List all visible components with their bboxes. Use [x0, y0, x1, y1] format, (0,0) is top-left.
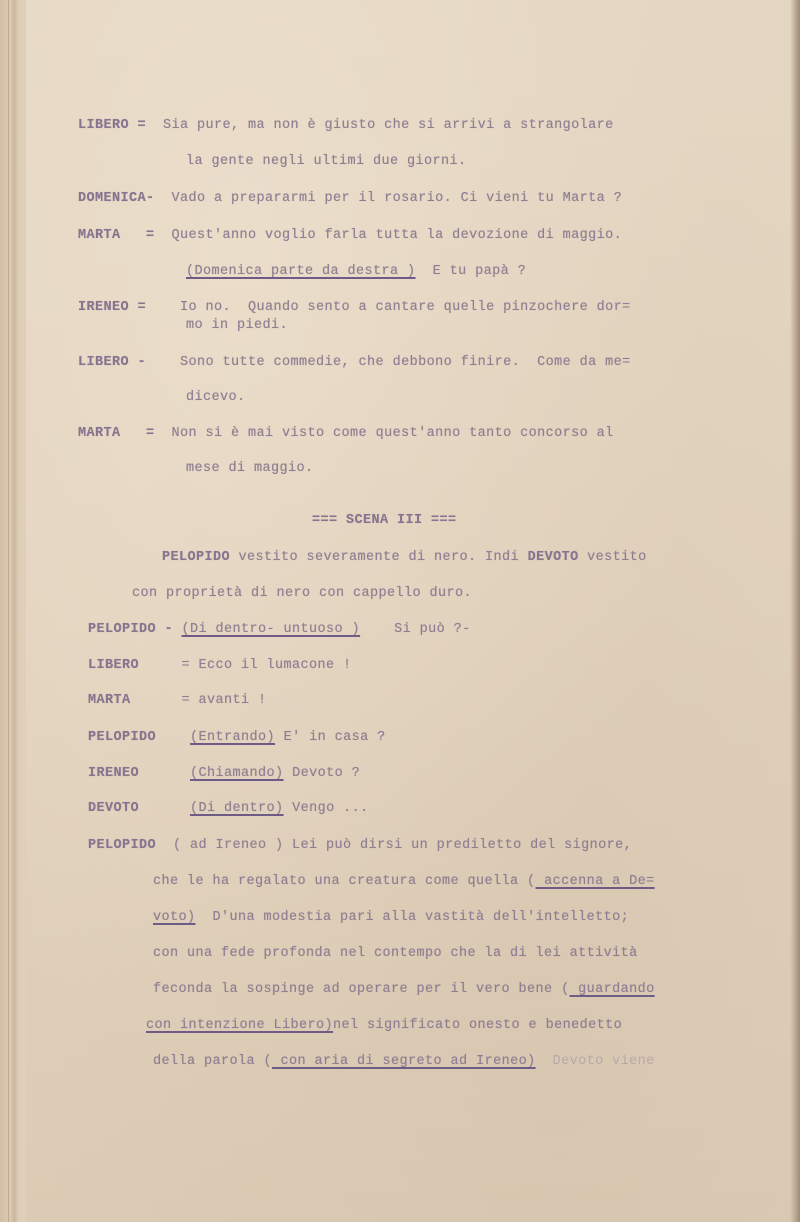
line-libero-1: LIBERO = Sia pure, ma non è giusto che s…	[78, 118, 614, 133]
dialogue-text: ( ad Ireneo ) Lei può dirsi un predilett…	[173, 838, 632, 853]
line-ireneo-2: IRENEO (Chiamando) Devoto ?	[88, 766, 360, 781]
speaker-name: IRENEO =	[78, 300, 146, 315]
line-marta-1: MARTA = Quest'anno voglio farla tutta la…	[78, 228, 622, 243]
dialogue-text: feconda la sospinge ad operare per il ve…	[153, 982, 570, 997]
page-edge-shadow	[790, 0, 800, 1222]
character-name: PELOPIDO	[162, 550, 230, 565]
line-pelopido-3: PELOPIDO ( ad Ireneo ) Lei può dirsi un …	[88, 838, 632, 853]
dialogue-text: della parola (	[153, 1054, 272, 1069]
line-pelopido-3c: voto) D'una modestia pari alla vastità d…	[153, 910, 629, 925]
line-libero-4: LIBERO = Ecco il lumacone !	[88, 658, 352, 673]
line-marta-2: MARTA = Non si è mai visto come quest'an…	[78, 426, 614, 441]
line-pelopido-3b: che le ha regalato una creatura come que…	[153, 874, 655, 889]
line-pelopido-1: PELOPIDO - (Di dentro- untuoso ) Si può …	[88, 622, 471, 637]
dialogue-text: Sono tutte commedie, che debbono finire.…	[180, 355, 631, 370]
dialogue-text: nel significato onesto e benedetto	[333, 1018, 622, 1033]
speaker-name: DOMENICA-	[78, 191, 155, 206]
dialogue-text: dicevo.	[186, 390, 246, 405]
stage-text: vestito	[579, 550, 647, 565]
stage-direction: voto)	[153, 910, 196, 925]
faded-text: Devoto viene	[536, 1054, 655, 1069]
dialogue-text: la gente negli ultimi due giorni.	[186, 154, 467, 169]
stage-direction: con aria di segreto ad Ireneo)	[272, 1054, 536, 1069]
binding-edge	[0, 0, 26, 1222]
speaker-name: DEVOTO	[88, 801, 139, 816]
dialogue-text: E' in casa ?	[284, 730, 386, 745]
speaker-name: LIBERO =	[78, 118, 146, 133]
paper-page: LIBERO = Sia pure, ma non è giusto che s…	[0, 0, 800, 1222]
dialogue-text: che le ha regalato una creatura come que…	[153, 874, 536, 889]
scene-heading: === SCENA III ===	[312, 513, 457, 528]
stage-text: con proprietà di nero con cappello duro.	[132, 586, 472, 601]
stage-direction: (Di dentro- untuoso )	[182, 622, 361, 637]
speaker-name: PELOPIDO	[88, 730, 156, 745]
line-devoto-1: DEVOTO (Di dentro) Vengo ...	[88, 801, 369, 816]
speaker-name: LIBERO	[88, 658, 139, 673]
line-libero-3: LIBERO - Sono tutte commedie, che debbon…	[78, 355, 631, 370]
stage-direction-line-2: con proprietà di nero con cappello duro.	[132, 586, 472, 601]
dialogue-text: mo in piedi.	[186, 318, 288, 333]
speaker-name: PELOPIDO -	[88, 622, 173, 637]
dialogue-text: Io no. Quando sento a cantare quelle pin…	[180, 300, 631, 315]
dialogue-text: Quest'anno voglio farla tutta la devozio…	[172, 228, 623, 243]
scene-title: === SCENA III ===	[312, 513, 457, 528]
dialogue-text: Sia pure, ma non è giusto che si arrivi …	[163, 118, 614, 133]
dialogue-text: Devoto ?	[292, 766, 360, 781]
line-pelopido-2: PELOPIDO (Entrando) E' in casa ?	[88, 730, 386, 745]
line-libero-3b: dicevo.	[186, 390, 246, 405]
stage-direction-line-1: PELOPIDO vestito severamente di nero. In…	[162, 550, 647, 565]
dialogue-text: Si può ?-	[394, 622, 471, 637]
dialogue-text: Non si è mai visto come quest'anno tanto…	[172, 426, 614, 441]
line-libero-2: la gente negli ultimi due giorni.	[186, 154, 467, 169]
dialogue-text: = Ecco il lumacone !	[182, 658, 352, 673]
line-marta-3: MARTA = avanti !	[88, 693, 267, 708]
stage-direction: accenna a De=	[536, 874, 655, 889]
line-pelopido-3d: con una fede profonda nel contempo che l…	[153, 946, 638, 961]
stage-direction: (Entrando)	[190, 730, 275, 745]
line-domenica: DOMENICA- Vado a prepararmi per il rosar…	[78, 191, 622, 206]
dialogue-text: mese di maggio.	[186, 461, 314, 476]
speaker-name: MARTA =	[78, 426, 155, 441]
line-pelopido-3f: con intenzione Libero)nel significato on…	[146, 1018, 622, 1033]
stage-direction: (Chiamando)	[190, 766, 284, 781]
speaker-name: LIBERO -	[78, 355, 146, 370]
dialogue-text: E tu papà ?	[433, 264, 527, 279]
character-name: DEVOTO	[528, 550, 579, 565]
dialogue-text: Vado a prepararmi per il rosario. Ci vie…	[172, 191, 623, 206]
stage-text: vestito severamente di nero. Indi	[230, 550, 528, 565]
dialogue-text: con una fede profonda nel contempo che l…	[153, 946, 638, 961]
stage-direction: guardando	[570, 982, 655, 997]
stage-direction: (Domenica parte da destra )	[186, 264, 416, 279]
speaker-name: IRENEO	[88, 766, 139, 781]
stage-direction: (Di dentro)	[190, 801, 284, 816]
stage-direction: con intenzione Libero)	[146, 1018, 333, 1033]
line-ireneo-1: IRENEO = Io no. Quando sento a cantare q…	[78, 300, 631, 315]
speaker-name: MARTA =	[78, 228, 155, 243]
dialogue-text: Vengo ...	[292, 801, 369, 816]
line-marta-2b: mese di maggio.	[186, 461, 314, 476]
line-pelopido-3e: feconda la sospinge ad operare per il ve…	[153, 982, 655, 997]
line-marta-1b: (Domenica parte da destra ) E tu papà ?	[186, 264, 526, 279]
dialogue-text: D'una modestia pari alla vastità dell'in…	[196, 910, 630, 925]
dialogue-text: = avanti !	[182, 693, 267, 708]
speaker-name: PELOPIDO	[88, 838, 156, 853]
line-ireneo-1b: mo in piedi.	[186, 318, 288, 333]
line-pelopido-3g: della parola ( con aria di segreto ad Ir…	[153, 1054, 655, 1069]
speaker-name: MARTA	[88, 693, 131, 708]
